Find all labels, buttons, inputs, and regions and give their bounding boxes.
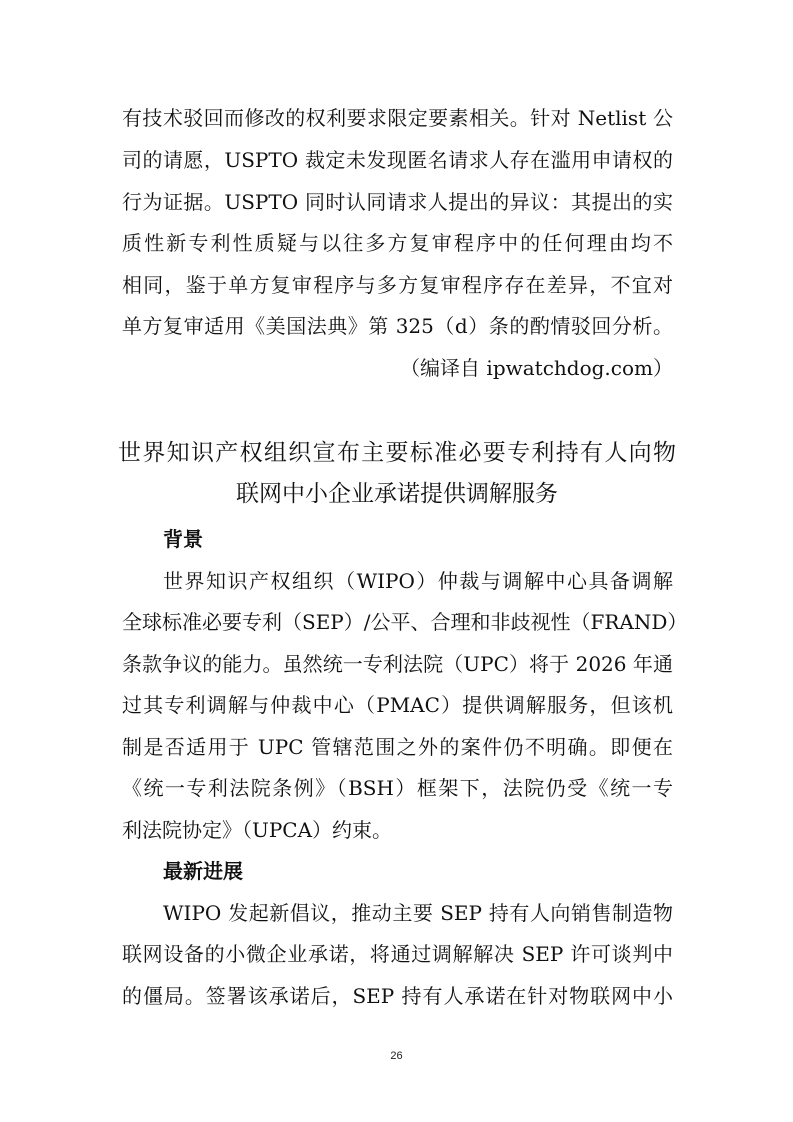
- page-number: 26: [0, 1050, 793, 1062]
- body-text-line: 《统一专利法院条例》（BSH）框架下，法院仍受《统一专: [122, 775, 673, 801]
- body-text-line: 司的请愿，USPTO 裁定未发现匿名请求人存在滥用申请权的: [122, 147, 673, 173]
- body-text-line: 利法院协定》（UPCA）约束。: [122, 817, 673, 843]
- source-attribution: （编译自 ipwatchdog.com）: [122, 355, 673, 381]
- body-text-line: 制是否适用于 UPC 管辖范围之外的案件仍不明确。即便在: [122, 734, 673, 760]
- body-text-line: 单方复审适用《美国法典》第 325（d）条的酌情驳回分析。: [122, 313, 673, 339]
- body-text-line: 的僵局。签署该承诺后，SEP 持有人承诺在针对物联网中小: [122, 983, 673, 1009]
- document-page: 有技术驳回而修改的权利要求限定要素相关。针对 Netlist 公 司的请愿，US…: [0, 0, 793, 1122]
- body-text-line: 相同，鉴于单方复审程序与多方复审程序存在差异，不宜对: [122, 272, 673, 298]
- body-text-line: WIPO 发起新倡议，推动主要 SEP 持有人向销售制造物: [163, 900, 673, 926]
- body-text-line: 行为证据。USPTO 同时认同请求人提出的异议：其提出的实: [122, 189, 673, 215]
- body-text-line: 质性新专利性质疑与以往多方复审程序中的任何理由均不: [122, 230, 673, 256]
- background-heading: 背景: [163, 526, 203, 552]
- body-text-line: 过其专利调解与仲裁中心（PMAC）提供调解服务，但该机: [122, 692, 673, 718]
- article-title-line2: 联网中小企业承诺提供调解服务: [118, 479, 676, 509]
- body-text-line: 联网设备的小微企业承诺，将通过调解解决 SEP 许可谈判中: [122, 941, 673, 967]
- latest-heading: 最新进展: [163, 858, 243, 884]
- body-text-line: 全球标准必要专利（SEP）/公平、合理和非歧视性（FRAND）: [122, 609, 673, 635]
- body-text-line: 世界知识产权组织（WIPO）仲裁与调解中心具备调解: [163, 568, 673, 594]
- article-title-line1: 世界知识产权组织宣布主要标准必要专利持有人向物: [118, 438, 676, 468]
- body-text-line: 条款争议的能力。虽然统一专利法院（UPC）将于 2026 年通: [122, 651, 673, 677]
- body-text-line: 有技术驳回而修改的权利要求限定要素相关。针对 Netlist 公: [122, 105, 673, 131]
